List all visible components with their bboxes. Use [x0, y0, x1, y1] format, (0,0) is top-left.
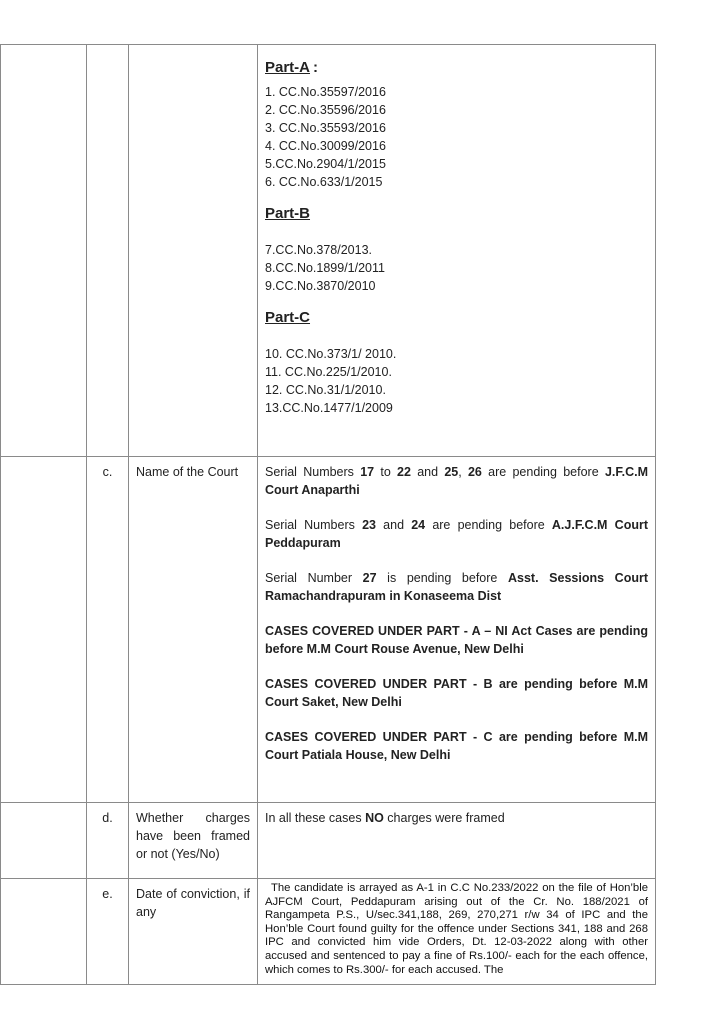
court-paragraph: CASES COVERED UNDER PART - B are pending…: [265, 675, 648, 711]
part-heading: Part-B: [265, 205, 648, 223]
row-letter: c.: [87, 457, 129, 803]
court-paragraphs: Serial Numbers 17 to 22 and 25, 26 are p…: [265, 463, 648, 764]
case-number: 8.CC.No.1899/1/2011: [265, 259, 648, 277]
case-number: 13.CC.No.1477/1/2009: [265, 399, 648, 417]
case-number: 4. CC.No.30099/2016: [265, 137, 648, 155]
row-letter: d.: [87, 803, 129, 879]
case-number: 11. CC.No.225/1/2010.: [265, 363, 648, 381]
row-letter: e.: [87, 879, 129, 985]
case-number: 12. CC.No.31/1/2010.: [265, 381, 648, 399]
case-list: 7.CC.No.378/2013.8.CC.No.1899/1/20119.CC…: [265, 241, 648, 295]
part-heading: Part-C: [265, 309, 648, 327]
court-paragraph: Serial Numbers 17 to 22 and 25, 26 are p…: [265, 463, 648, 499]
case-parts: Part-A:1. CC.No.35597/20162. CC.No.35596…: [265, 59, 648, 417]
row-label: Name of the Court: [129, 457, 258, 803]
conviction-text: The candidate is arrayed as A-1 in C.C N…: [265, 882, 648, 977]
affidavit-table: Part-A:1. CC.No.35597/20162. CC.No.35596…: [0, 44, 656, 985]
case-list: 1. CC.No.35597/20162. CC.No.35596/20163.…: [265, 83, 648, 191]
case-number: 7.CC.No.378/2013.: [265, 241, 648, 259]
court-paragraph: CASES COVERED UNDER PART - A – NI Act Ca…: [265, 622, 648, 658]
case-list: 10. CC.No.373/1/ 2010.11. CC.No.225/1/20…: [265, 345, 648, 417]
cell-case-list: Part-A:1. CC.No.35597/20162. CC.No.35596…: [258, 45, 656, 457]
table-row-d: d. Whether charges have been framed or n…: [1, 803, 656, 879]
cell-label: [129, 45, 258, 457]
cell-serial: [1, 879, 87, 985]
case-number: 5.CC.No.2904/1/2015: [265, 155, 648, 173]
charges-framed-answer: In all these cases NO charges were frame…: [258, 803, 656, 879]
table-row-e: e. Date of conviction, if any The candid…: [1, 879, 656, 985]
cell-serial: [1, 457, 87, 803]
row-label: Whether charges have been framed or not …: [129, 803, 258, 879]
court-paragraph: CASES COVERED UNDER PART - C are pending…: [265, 728, 648, 764]
court-paragraph: Serial Numbers 23 and 24 are pending bef…: [265, 516, 648, 552]
cell-letter: [87, 45, 129, 457]
part-heading: Part-A:: [265, 59, 648, 77]
case-number: 1. CC.No.35597/2016: [265, 83, 648, 101]
case-number: 6. CC.No.633/1/2015: [265, 173, 648, 191]
conviction-details: The candidate is arrayed as A-1 in C.C N…: [258, 879, 656, 985]
row-label: Date of conviction, if any: [129, 879, 258, 985]
table-row-c: c. Name of the Court Serial Numbers 17 t…: [1, 457, 656, 803]
court-names: Serial Numbers 17 to 22 and 25, 26 are p…: [258, 457, 656, 803]
table-row-b-continued: Part-A:1. CC.No.35597/20162. CC.No.35596…: [1, 45, 656, 457]
cell-serial: [1, 45, 87, 457]
charges-text: In all these cases NO charges were frame…: [265, 809, 648, 827]
cell-serial: [1, 803, 87, 879]
court-paragraph: Serial Number 27 is pending before Asst.…: [265, 569, 648, 605]
case-number: 3. CC.No.35593/2016: [265, 119, 648, 137]
case-number: 10. CC.No.373/1/ 2010.: [265, 345, 648, 363]
case-number: 9.CC.No.3870/2010: [265, 277, 648, 295]
case-number: 2. CC.No.35596/2016: [265, 101, 648, 119]
